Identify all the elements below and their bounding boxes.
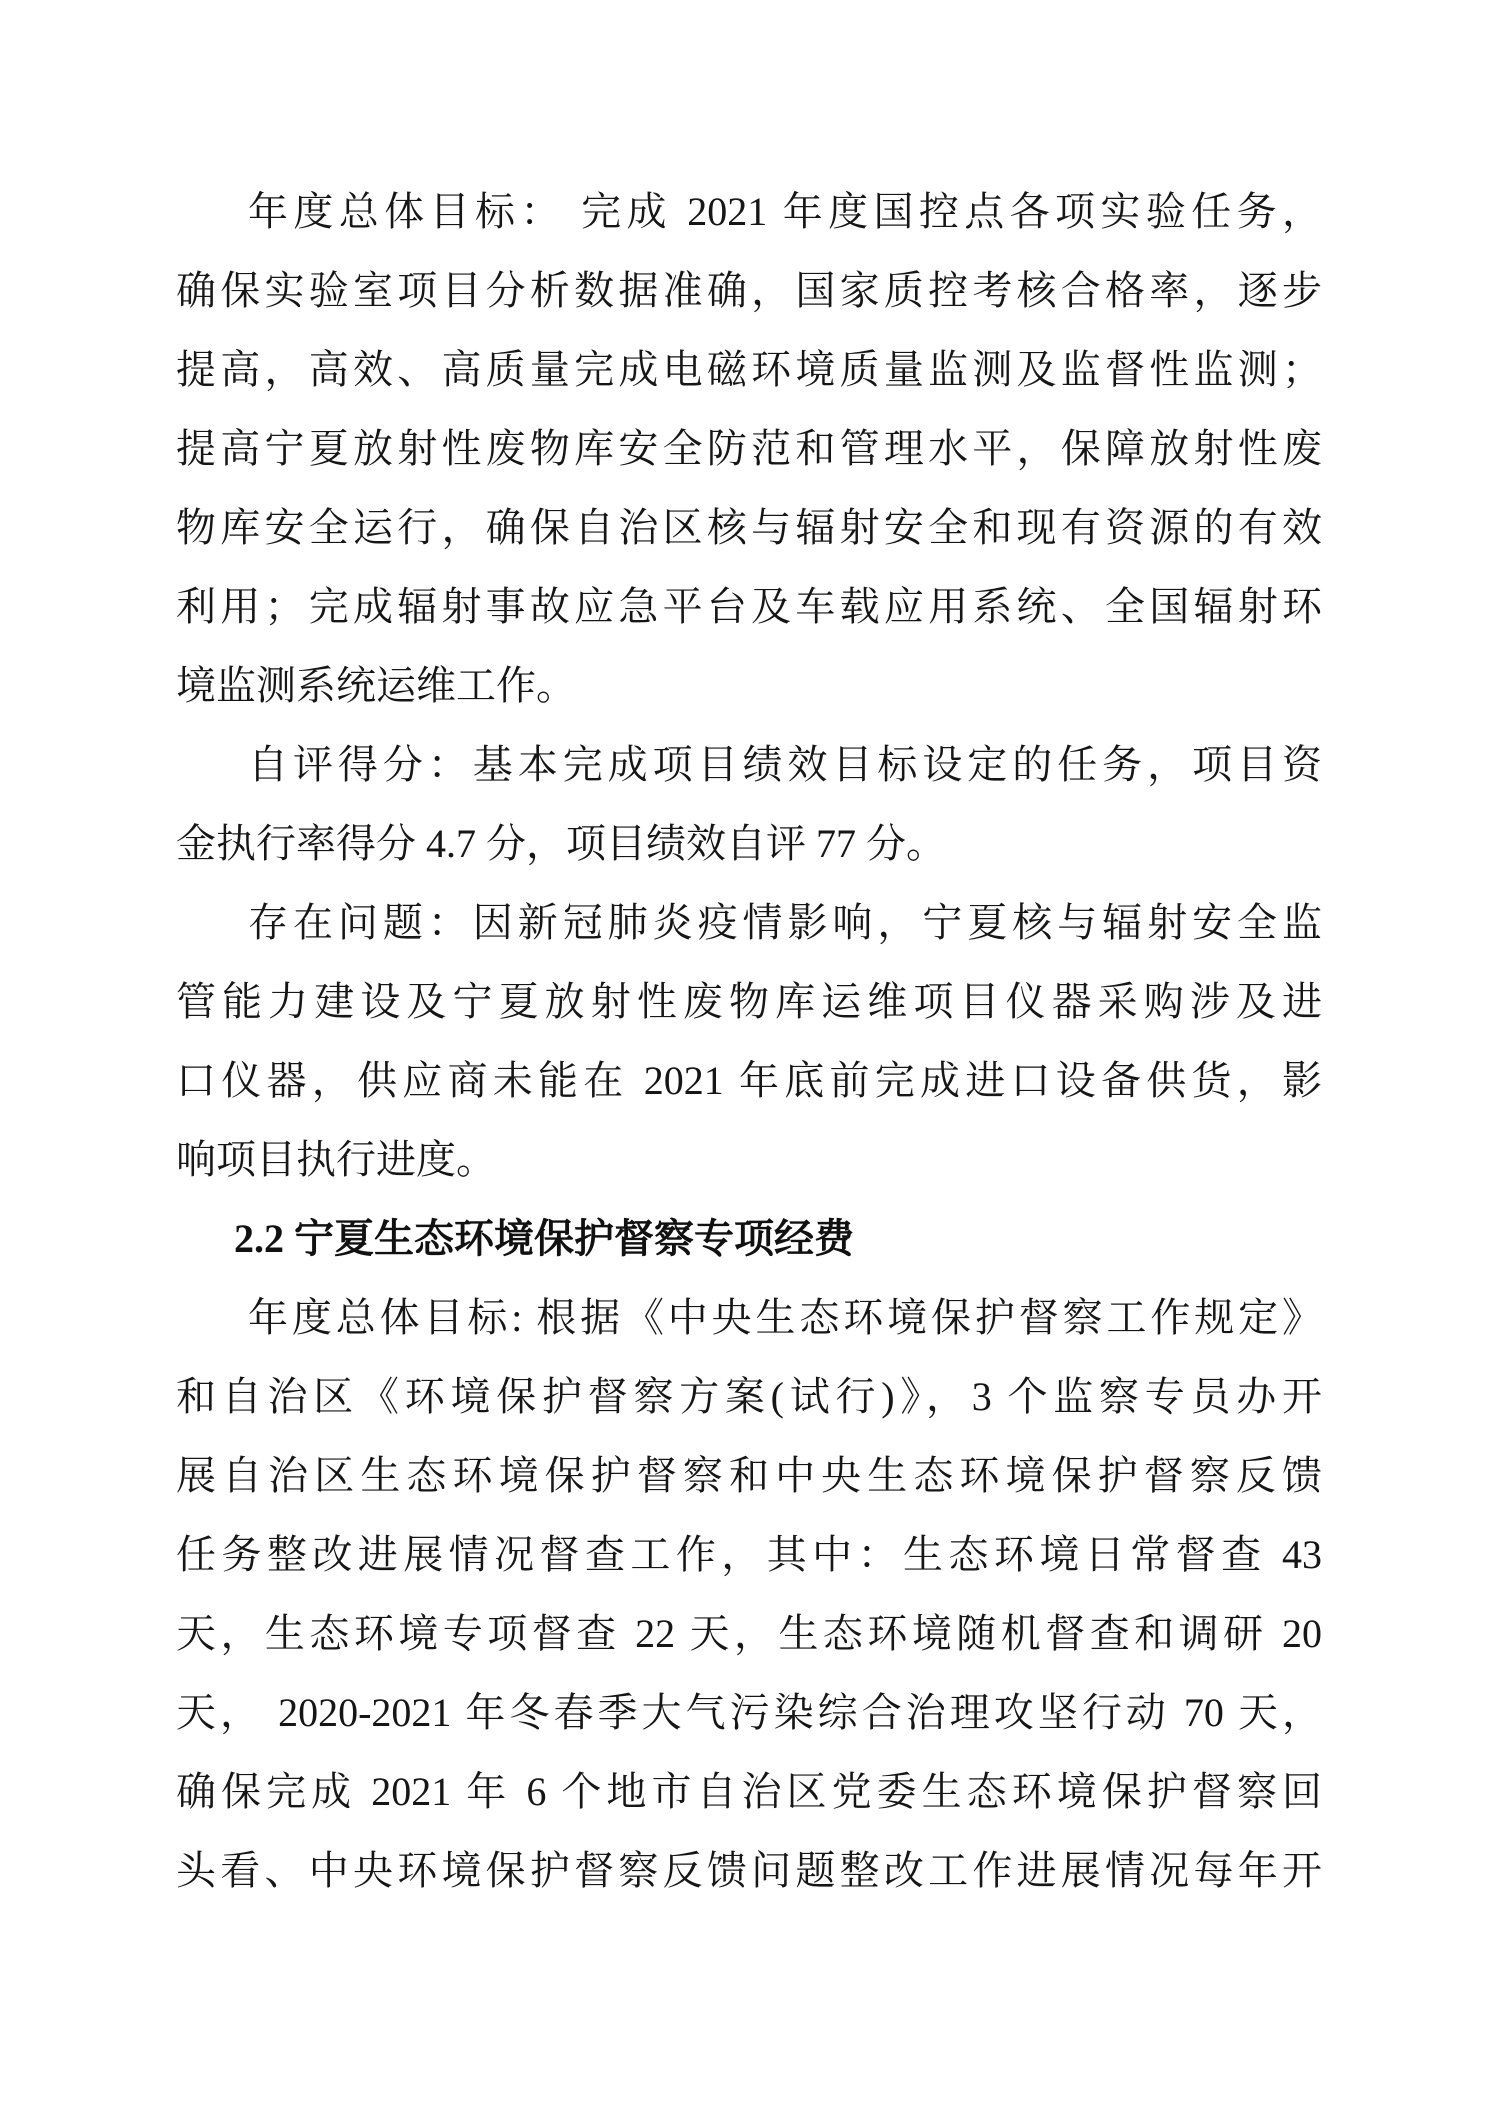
paragraph-line: 年度总体目标: 根据《中央生态环境保护督察工作规定》 xyxy=(176,1278,1322,1357)
paragraph-line: 金执行率得分 4.7 分，项目绩效自评 77 分。 xyxy=(176,804,1322,883)
paragraph-line: 确保完成 2021 年 6 个地市自治区党委生态环境保护督察回 xyxy=(176,1752,1322,1831)
section-heading-2-2: 2.2 宁夏生态环境保护督察专项经费 xyxy=(176,1199,1322,1278)
paragraph-line: 口仪器，供应商未能在 2021 年底前完成进口设备供货，影 xyxy=(176,1041,1322,1120)
paragraph-line: 存在问题：因新冠肺炎疫情影响，宁夏核与辐射安全监 xyxy=(176,883,1322,962)
paragraph-line: 利用；完成辐射事故应急平台及车载应用系统、全国辐射环 xyxy=(176,567,1322,646)
paragraph-line: 确保实验室项目分析数据准确，国家质控考核合格率，逐步 xyxy=(176,251,1322,330)
paragraph-line: 展自治区生态环境保护督察和中央生态环境保护督察反馈 xyxy=(176,1436,1322,1515)
document-page: 年度总体目标： 完成 2021 年度国控点各项实验任务， 确保实验室项目分析数据… xyxy=(0,0,1486,2103)
paragraph-line: 头看、中央环境保护督察反馈问题整改工作进展情况每年开 xyxy=(176,1831,1322,1910)
paragraph-line: 物库安全运行，确保自治区核与辐射安全和现有资源的有效 xyxy=(176,488,1322,567)
paragraph-line: 任务整改进展情况督查工作，其中：生态环境日常督查 43 xyxy=(176,1515,1322,1594)
paragraph-line: 天，生态环境专项督查 22 天，生态环境随机督查和调研 20 xyxy=(176,1594,1322,1673)
paragraph-line: 提高宁夏放射性废物库安全防范和管理水平，保障放射性废 xyxy=(176,409,1322,488)
paragraph-line: 境监测系统运维工作。 xyxy=(176,646,1322,725)
paragraph-line: 和自治区《环境保护督察方案(试行)》，3 个监察专员办开 xyxy=(176,1357,1322,1436)
text-block: 年度总体目标： 完成 2021 年度国控点各项实验任务， 确保实验室项目分析数据… xyxy=(176,172,1322,1910)
paragraph-line: 管能力建设及宁夏放射性废物库运维项目仪器采购涉及进 xyxy=(176,962,1322,1041)
paragraph-line: 天， 2020-2021 年冬春季大气污染综合治理攻坚行动 70 天， xyxy=(176,1673,1322,1752)
paragraph-line: 年度总体目标： 完成 2021 年度国控点各项实验任务， xyxy=(176,172,1322,251)
paragraph-line: 自评得分：基本完成项目绩效目标设定的任务，项目资 xyxy=(176,725,1322,804)
paragraph-line: 提高，高效、高质量完成电磁环境质量监测及监督性监测； xyxy=(176,330,1322,409)
paragraph-line: 响项目执行进度。 xyxy=(176,1120,1322,1199)
